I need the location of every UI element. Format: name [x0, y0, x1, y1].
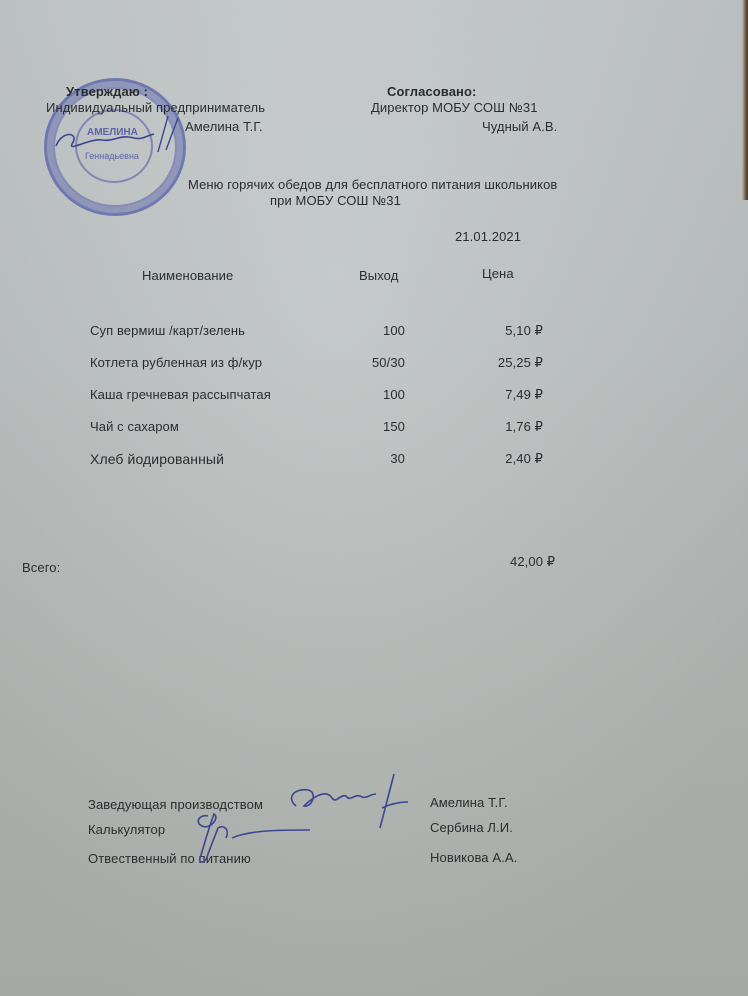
column-header-output: Выход — [359, 268, 398, 283]
table-cell-output: 100 — [383, 387, 405, 402]
table-cell-output: 150 — [383, 419, 405, 434]
approved-name: Амелина Т.Г. — [185, 119, 263, 134]
table-cell-name: Каша гречневая рассыпчатая — [90, 387, 271, 402]
approved-label: Утверждаю : — [66, 84, 148, 99]
table-edge — [742, 0, 748, 200]
signature-name-production: Амелина Т.Г. — [430, 795, 508, 810]
total-label: Всего: — [22, 560, 60, 575]
signature-role-production: Заведующая производством — [88, 797, 263, 812]
table-cell-price: 2,40 ₽ — [505, 451, 543, 467]
table-cell-name: Хлеб йодированный — [90, 451, 224, 467]
table-cell-price: 5,10 ₽ — [505, 323, 543, 339]
table-cell-name: Котлета рубленная из ф/кур — [90, 355, 262, 370]
document-date: 21.01.2021 — [455, 229, 521, 244]
table-cell-name: Суп вермиш /карт/зелень — [90, 323, 245, 338]
agreed-label: Согласовано: — [387, 84, 476, 99]
table-cell-output: 100 — [383, 323, 405, 338]
stamp-inner-ring — [75, 109, 153, 183]
signature-role-nutrition: Отвественный по питанию — [88, 851, 251, 866]
table-cell-output: 30 — [390, 451, 405, 466]
stamp-name-line1: АМЕЛИНА — [87, 127, 138, 138]
approved-role: Индивидуальный предприниматель — [46, 100, 265, 115]
column-header-price: Цена — [482, 266, 514, 281]
document-title-line2: при МОБУ СОШ №31 — [270, 193, 401, 208]
signature-production-head — [282, 768, 412, 838]
table-cell-price: 25,25 ₽ — [498, 355, 543, 371]
column-header-name: Наименование — [142, 268, 233, 283]
table-cell-name: Чай с сахаром — [90, 419, 179, 434]
stamp-name-line2: Геннадьевна — [85, 151, 139, 161]
signature-name-nutrition: Новикова А.А. — [430, 850, 517, 865]
signature-role-calculator: Калькулятор — [88, 822, 165, 837]
agreed-role: Директор МОБУ СОШ №31 — [371, 100, 538, 115]
agreed-name: Чудный А.В. — [482, 119, 557, 134]
signature-name-calculator: Сербина Л.И. — [430, 820, 513, 835]
table-cell-price: 7,49 ₽ — [505, 387, 543, 403]
table-cell-price: 1,76 ₽ — [505, 419, 543, 435]
document-title-line1: Меню горячих обедов для бесплатного пита… — [188, 177, 557, 192]
total-value: 42,00 ₽ — [510, 554, 555, 570]
table-cell-output: 50/30 — [372, 355, 405, 370]
